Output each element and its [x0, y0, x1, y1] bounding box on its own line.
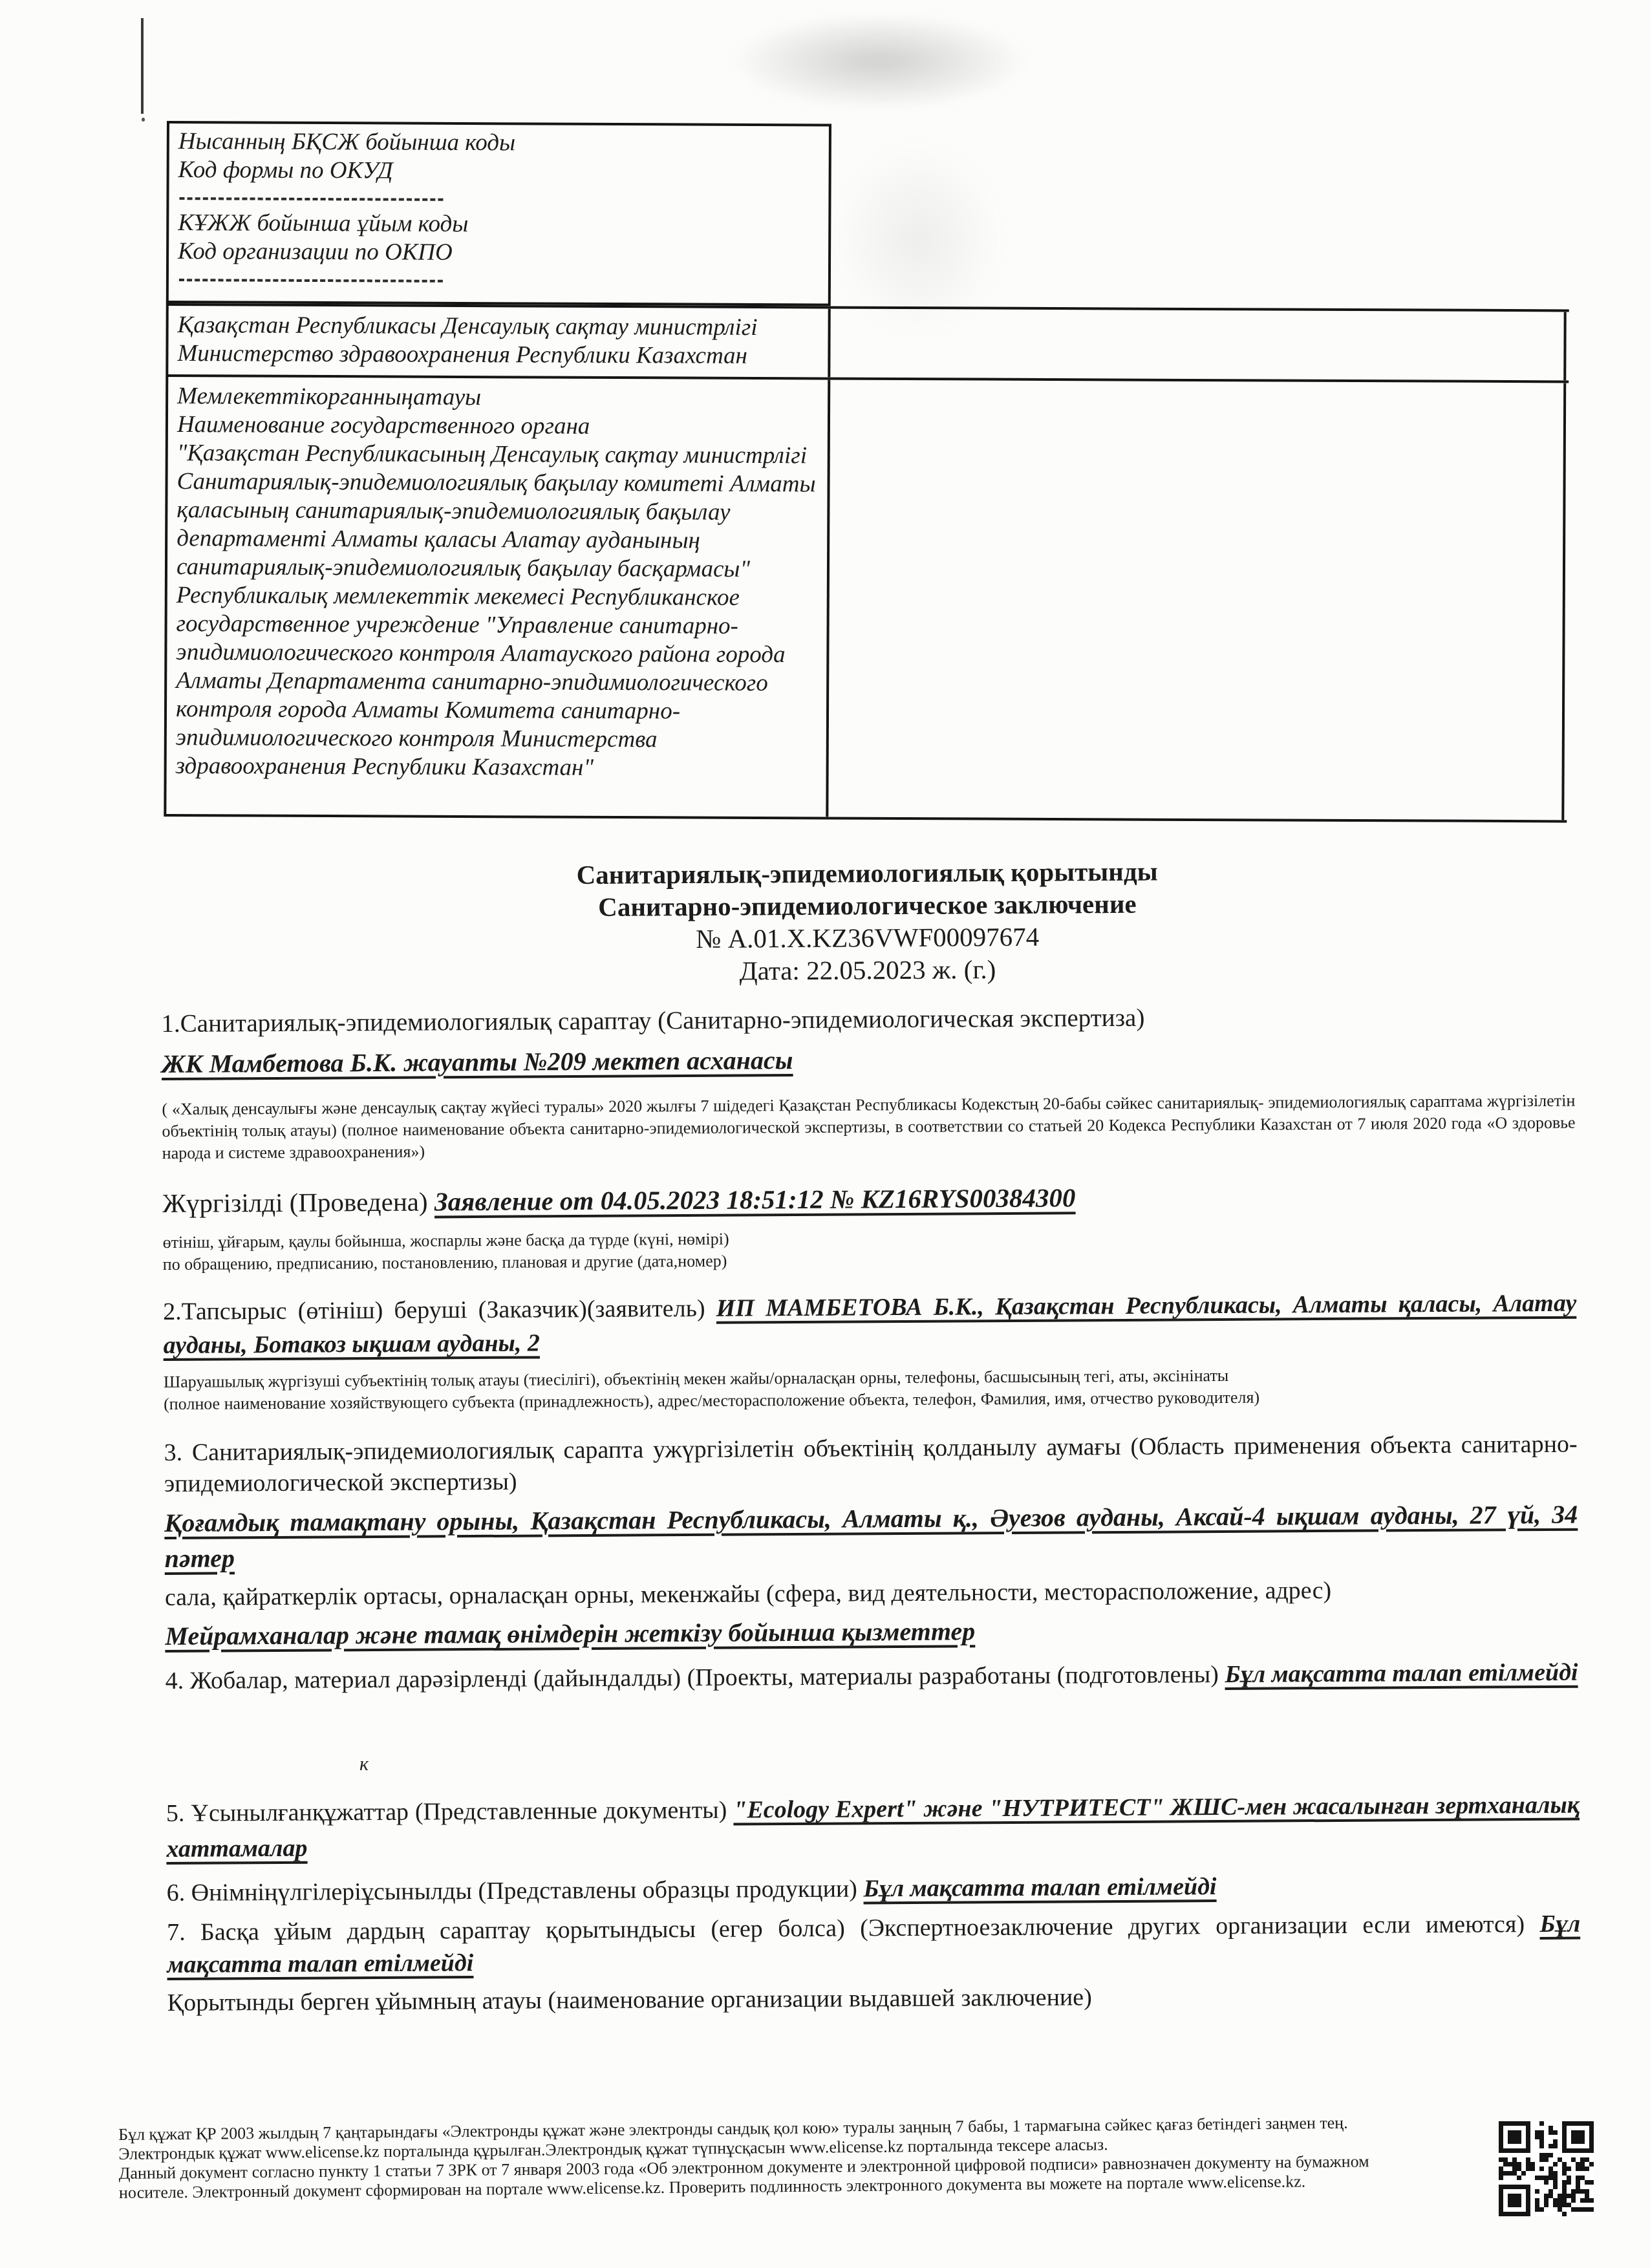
- ministry-name-ru: Министерство здравоохранения Республики …: [177, 339, 817, 370]
- scan-edge-line: [141, 18, 144, 114]
- qr-finder-top-right: [1562, 2121, 1594, 2153]
- legal-footer: Бұл құжат ҚР 2003 жылдың 7 қаңтарындағы …: [118, 2112, 1499, 2203]
- section-1-label: 1.Санитариялық-эпидемиологиялық сараптау…: [161, 999, 1574, 1041]
- section-3-label: 3. Санитариялық-эпидемиологиялық сарапта…: [164, 1429, 1578, 1499]
- conducted-footnote: өтініш, ұйғарым, қаулы бойынша, жоспарлы…: [163, 1223, 1576, 1276]
- qr-code: [1499, 2121, 1594, 2216]
- blank-dash-line: [179, 279, 443, 283]
- section-2: 2.Тапсырыс (өтініш) беруші (Заказчик)(за…: [163, 1287, 1577, 1362]
- state-organ-cell: Мемлекеттікорганныңатауы Наименование го…: [164, 377, 830, 817]
- okpo-label-kk: КҰЖЖ бойынша ұйым коды: [178, 209, 818, 240]
- issuing-organization-line: Қорытынды берген ұйымның атауы (наименов…: [167, 1978, 1581, 2020]
- document-title-block: Санитариялық-эпидемиологиялық қорытынды …: [160, 853, 1574, 990]
- section-1-footnote: ( «Халық денсаулығы және денсаулық сақта…: [162, 1090, 1576, 1164]
- okud-label-kk: Нысанның БҚСЖ бойынша коды: [178, 127, 819, 158]
- section-3-value-2: Мейрамханалар және тамақ өнімдерін жеткі…: [165, 1611, 1578, 1654]
- qr-finder-top-left: [1499, 2121, 1530, 2153]
- section-3-value-1: Қоғамдық тамақтану орыны, Қазақстан Респ…: [164, 1497, 1578, 1577]
- okud-label-ru: Код формы по ОКУД: [178, 156, 819, 187]
- section-3-note: сала, қайраткерлік ортасы, орналасқан ор…: [165, 1572, 1578, 1614]
- scanned-document-page: к Нысанның БҚСЖ бойынша коды Код формы п…: [0, 0, 1650, 2268]
- blank-dash-line: [179, 197, 443, 201]
- section-1-value: ЖК Мамбетова Б.К. жауапты №209 мектеп ас…: [162, 1039, 1575, 1082]
- okpo-label-ru: Код организации по ОКПО: [178, 237, 818, 268]
- organ-label-ru: Наименование государственного органа: [177, 411, 817, 442]
- qr-finder-bottom-left: [1499, 2185, 1530, 2216]
- header-table: Нысанның БҚСЖ бойынша коды Код формы по …: [164, 121, 1570, 822]
- section-7: 7. Басқа ұйым дардың сараптау қорытындыс…: [167, 1908, 1581, 1981]
- codes-row: Нысанның БҚСЖ бойынша коды Код формы по …: [166, 121, 1570, 309]
- ministry-cell: Қазақстан Республикасы Денсаулық сақтау …: [166, 306, 830, 377]
- organ-label-kk: Мемлекеттікорганныңатауы: [177, 382, 817, 413]
- state-organ-row: Мемлекеттікорганныңатауы Наименование го…: [164, 377, 1569, 822]
- ministry-name-kk: Қазақстан Республикасы Денсаулық сақтау …: [178, 311, 818, 342]
- section-6: 6. Өнімніңүлгілеріұсынылды (Представлены…: [167, 1868, 1580, 1910]
- empty-cell: [830, 308, 1566, 380]
- document-body: Санитариялық-эпидемиологиялық қорытынды …: [160, 853, 1581, 2020]
- empty-cell: [828, 380, 1566, 820]
- scan-edge-dot: [142, 118, 145, 122]
- codes-cell: Нысанның БҚСЖ бойынша коды Код формы по …: [166, 121, 831, 306]
- section-2-footnote: Шаруашылық жүргізуші субъектінің толық а…: [164, 1363, 1577, 1415]
- conducted-line: Жүргізілді (Проведена) Заявление от 04.0…: [162, 1178, 1576, 1220]
- organ-full-name: "Қазақстан Республикасының Денсаулық сақ…: [176, 439, 817, 783]
- ministry-row: Қазақстан Республикасы Денсаулық сақтау …: [166, 303, 1569, 383]
- section-5: 5. Ұсынылғанқұжаттар (Представленные док…: [166, 1788, 1580, 1867]
- section-4: 4. Жобалар, материал дарәзірленді (дайын…: [166, 1656, 1579, 1698]
- scan-smudge: [731, 13, 1028, 110]
